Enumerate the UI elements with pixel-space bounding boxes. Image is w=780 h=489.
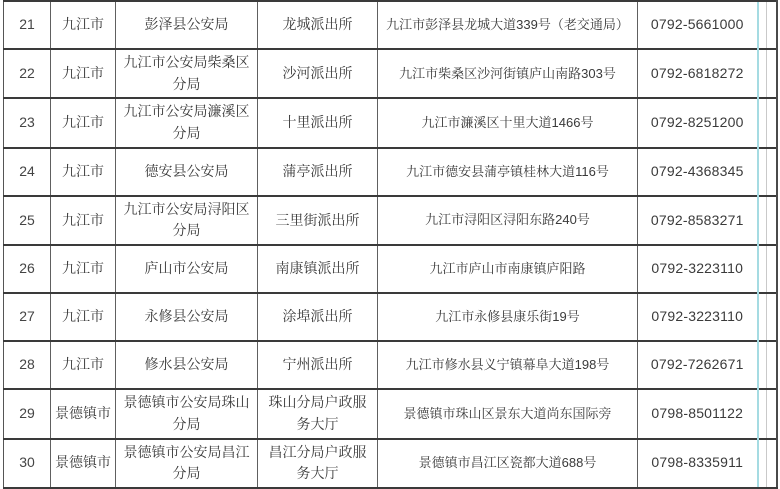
grid-spacer-cell xyxy=(758,439,767,488)
grid-spacer-cell xyxy=(767,341,777,389)
bureau-cell: 九江市公安局濂溪区分局 xyxy=(116,98,258,147)
row-number-cell: 25 xyxy=(4,196,51,245)
station-cell: 南康镇派出所 xyxy=(258,245,378,293)
city-cell: 九江市 xyxy=(51,245,116,293)
city-cell: 九江市 xyxy=(51,196,116,245)
table-row: 24 九江市 德安县公安局 蒲亭派出所 九江市德安县蒲亭镇桂林大道116号 07… xyxy=(4,148,777,196)
station-cell: 三里街派出所 xyxy=(258,196,378,245)
address-cell: 九江市柴桑区沙河街镇庐山南路303号 xyxy=(378,49,638,98)
phone-cell: 0792-5661000 xyxy=(638,1,758,49)
city-cell: 景德镇市 xyxy=(51,439,116,488)
row-number-cell: 28 xyxy=(4,341,51,389)
row-number-cell: 30 xyxy=(4,439,51,488)
address-cell: 九江市濂溪区十里大道1466号 xyxy=(378,98,638,147)
bureau-cell: 彭泽县公安局 xyxy=(116,1,258,49)
grid-spacer-cell xyxy=(758,389,767,438)
station-cell: 珠山分局户政服务大厅 xyxy=(258,389,378,438)
bureau-cell: 德安县公安局 xyxy=(116,148,258,196)
grid-spacer-cell xyxy=(758,341,767,389)
station-cell: 龙城派出所 xyxy=(258,1,378,49)
grid-spacer-cell xyxy=(767,1,777,49)
grid-spacer-cell xyxy=(767,389,777,438)
phone-cell: 0792-3223110 xyxy=(638,293,758,341)
row-number-cell: 27 xyxy=(4,293,51,341)
phone-cell: 0792-8251200 xyxy=(638,98,758,147)
address-cell: 九江市庐山市南康镇庐阳路 xyxy=(378,245,638,293)
phone-cell: 0792-4368345 xyxy=(638,148,758,196)
address-cell: 九江市德安县蒲亭镇桂林大道116号 xyxy=(378,148,638,196)
bureau-cell: 九江市公安局柴桑区分局 xyxy=(116,49,258,98)
page: 21 九江市 彭泽县公安局 龙城派出所 九江市彭泽县龙城大道339号（老交通局）… xyxy=(0,0,780,489)
city-cell: 九江市 xyxy=(51,293,116,341)
police-station-contact-table: 21 九江市 彭泽县公安局 龙城派出所 九江市彭泽县龙城大道339号（老交通局）… xyxy=(3,0,778,489)
station-cell: 宁州派出所 xyxy=(258,341,378,389)
table-row: 21 九江市 彭泽县公安局 龙城派出所 九江市彭泽县龙城大道339号（老交通局）… xyxy=(4,1,777,49)
grid-spacer-cell xyxy=(758,148,767,196)
phone-cell: 0792-3223110 xyxy=(638,245,758,293)
grid-spacer-cell xyxy=(767,98,777,147)
table-row: 26 九江市 庐山市公安局 南康镇派出所 九江市庐山市南康镇庐阳路 0792-3… xyxy=(4,245,777,293)
table-body: 21 九江市 彭泽县公安局 龙城派出所 九江市彭泽县龙城大道339号（老交通局）… xyxy=(4,1,777,488)
table-row: 22 九江市 九江市公安局柴桑区分局 沙河派出所 九江市柴桑区沙河街镇庐山南路3… xyxy=(4,49,777,98)
phone-cell: 0798-8501122 xyxy=(638,389,758,438)
row-number-cell: 26 xyxy=(4,245,51,293)
grid-spacer-cell xyxy=(758,98,767,147)
station-cell: 昌江分局户政服务大厅 xyxy=(258,439,378,488)
table-row: 25 九江市 九江市公安局浔阳区分局 三里街派出所 九江市浔阳区浔阳东路240号… xyxy=(4,196,777,245)
grid-spacer-cell xyxy=(767,196,777,245)
table-row: 28 九江市 修水县公安局 宁州派出所 九江市修水县义宁镇幕阜大道198号 07… xyxy=(4,341,777,389)
phone-cell: 0798-8335911 xyxy=(638,439,758,488)
address-cell: 九江市修水县义宁镇幕阜大道198号 xyxy=(378,341,638,389)
station-cell: 沙河派出所 xyxy=(258,49,378,98)
bureau-cell: 景德镇市公安局珠山分局 xyxy=(116,389,258,438)
table-row: 29 景德镇市 景德镇市公安局珠山分局 珠山分局户政服务大厅 景德镇市珠山区景东… xyxy=(4,389,777,438)
city-cell: 九江市 xyxy=(51,1,116,49)
grid-spacer-cell xyxy=(767,293,777,341)
bureau-cell: 修水县公安局 xyxy=(116,341,258,389)
bureau-cell: 九江市公安局浔阳区分局 xyxy=(116,196,258,245)
address-cell: 景德镇市昌江区瓷都大道688号 xyxy=(378,439,638,488)
row-number-cell: 22 xyxy=(4,49,51,98)
phone-cell: 0792-6818272 xyxy=(638,49,758,98)
grid-spacer-cell xyxy=(767,49,777,98)
grid-spacer-cell xyxy=(758,49,767,98)
row-number-cell: 21 xyxy=(4,1,51,49)
address-cell: 九江市永修县康乐街19号 xyxy=(378,293,638,341)
grid-spacer-cell xyxy=(767,148,777,196)
grid-spacer-cell xyxy=(767,439,777,488)
table-row: 23 九江市 九江市公安局濂溪区分局 十里派出所 九江市濂溪区十里大道1466号… xyxy=(4,98,777,147)
address-cell: 景德镇市珠山区景东大道尚东国际旁 xyxy=(378,389,638,438)
city-cell: 景德镇市 xyxy=(51,389,116,438)
city-cell: 九江市 xyxy=(51,148,116,196)
grid-spacer-cell xyxy=(758,1,767,49)
row-number-cell: 29 xyxy=(4,389,51,438)
phone-cell: 0792-8583271 xyxy=(638,196,758,245)
grid-spacer-cell xyxy=(758,245,767,293)
row-number-cell: 24 xyxy=(4,148,51,196)
bureau-cell: 景德镇市公安局昌江分局 xyxy=(116,439,258,488)
station-cell: 十里派出所 xyxy=(258,98,378,147)
address-cell: 九江市浔阳区浔阳东路240号 xyxy=(378,196,638,245)
station-cell: 蒲亭派出所 xyxy=(258,148,378,196)
row-number-cell: 23 xyxy=(4,98,51,147)
table-row: 27 九江市 永修县公安局 涂埠派出所 九江市永修县康乐街19号 0792-32… xyxy=(4,293,777,341)
station-cell: 涂埠派出所 xyxy=(258,293,378,341)
phone-cell: 0792-7262671 xyxy=(638,341,758,389)
bureau-cell: 庐山市公安局 xyxy=(116,245,258,293)
table-row: 30 景德镇市 景德镇市公安局昌江分局 昌江分局户政服务大厅 景德镇市昌江区瓷都… xyxy=(4,439,777,488)
grid-spacer-cell xyxy=(758,196,767,245)
city-cell: 九江市 xyxy=(51,341,116,389)
city-cell: 九江市 xyxy=(51,49,116,98)
city-cell: 九江市 xyxy=(51,98,116,147)
grid-spacer-cell xyxy=(767,245,777,293)
bureau-cell: 永修县公安局 xyxy=(116,293,258,341)
address-cell: 九江市彭泽县龙城大道339号（老交通局） xyxy=(378,1,638,49)
grid-spacer-cell xyxy=(758,293,767,341)
